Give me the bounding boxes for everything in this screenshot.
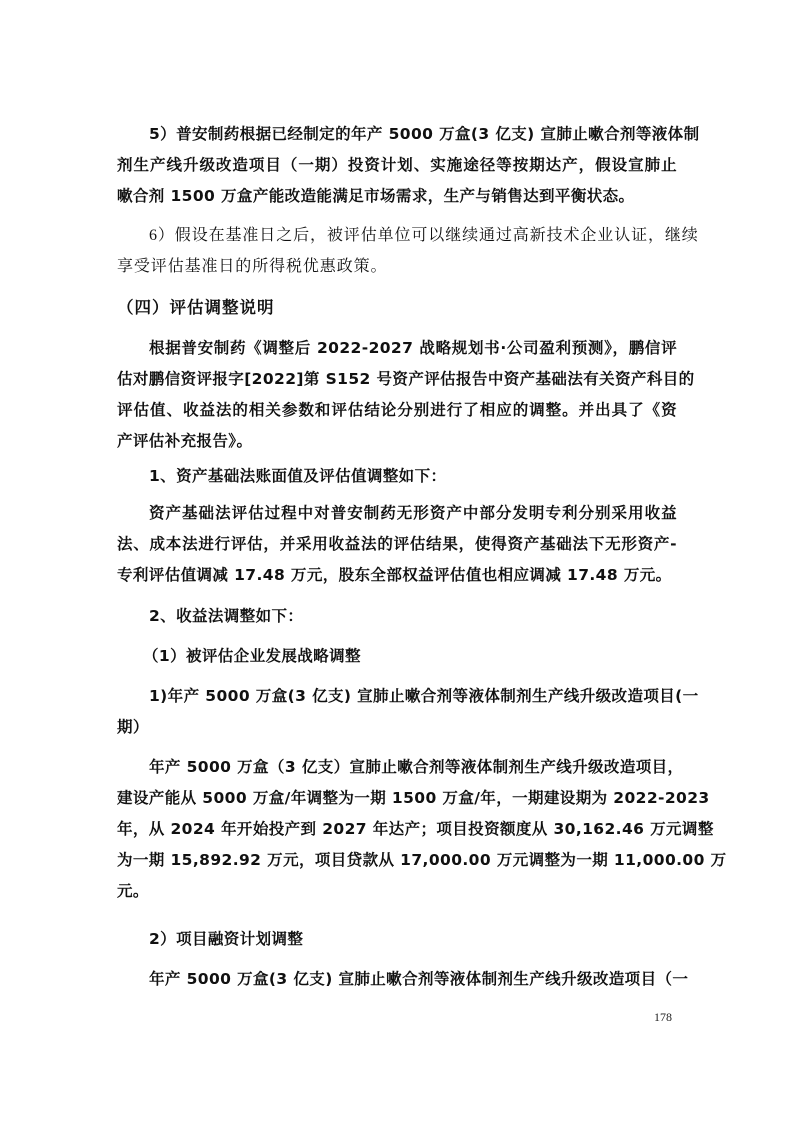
item-1-body-line-1: 年产 5000 万盒（3 亿支）宣肺止嗽合剂等液体制剂生产线升级改造项目， [149,757,677,777]
item-1-body-line-3: 年，从 2024 年开始投产到 2027 年达产；项目投资额度从 30,162.… [117,819,677,839]
intro-line-2: 估对鹏信资评报字[2022]第 S152 号资产评估报告中资产基础法有关资产科目… [117,369,677,389]
page-number: 178 [654,1010,672,1025]
assumption-5-line-3: 嗽合剂 1500 万盒产能改造能满足市场需求，生产与销售达到平衡状态。 [117,186,677,206]
document-page: 5）普安制药根据已经制定的年产 5000 万盒(3 亿支) 宣肺止嗽合剂等液体制… [0,0,793,1122]
subsection-1-line-1: 资产基础法评估过程中对普安制药无形资产中部分发明专利分别采用收益 [149,503,677,523]
subsection-1-title: 1、资产基础法账面值及评估值调整如下： [149,466,709,486]
subsection-2-title: 2、收益法调整如下： [149,606,709,626]
assumption-6-line-1: 6）假设在基准日之后，被评估单位可以继续通过高新技术企业认证，继续 [149,226,677,246]
subsection-2-1-title: （1）被评估企业发展战略调整 [143,646,703,666]
assumption-5-line-1: 5）普安制药根据已经制定的年产 5000 万盒(3 亿支) 宣肺止嗽合剂等液体制 [149,124,677,144]
intro-line-3: 评估值、收益法的相关参数和评估结论分别进行了相应的调整。并出具了《资 [117,400,677,420]
intro-line-1: 根据普安制药《调整后 2022-2027 战略规划书·公司盈利预测》，鹏信评 [149,338,677,358]
section-heading: （四）评估调整说明 [117,298,677,318]
assumption-6-line-2: 享受评估基准日的所得税优惠政策。 [117,257,677,277]
item-1-body-line-4: 为一期 15,892.92 万元，项目贷款从 17,000.00 万元调整为一期… [117,850,677,870]
subsection-1-line-2: 法、成本法进行评估，并采用收益法的评估结果，使得资产基础法下无形资产- [117,534,677,554]
item-2-title: 2）项目融资计划调整 [149,929,709,949]
item-1-body-line-5: 元。 [117,881,677,901]
subsection-1-line-3: 专利评估值调减 17.48 万元，股东全部权益评估值也相应调减 17.48 万元… [117,565,677,585]
item-1-title-line-1: 1)年产 5000 万盒(3 亿支) 宣肺止嗽合剂等液体制剂生产线升级改造项目(… [149,686,677,706]
intro-line-4: 产评估补充报告》。 [117,431,677,451]
item-1-title-line-2: 期） [117,717,677,737]
item-1-body-line-2: 建设产能从 5000 万盒/年调整为一期 1500 万盒/年，一期建设期为 20… [117,788,677,808]
item-2-body-line-1: 年产 5000 万盒(3 亿支) 宣肺止嗽合剂等液体制剂生产线升级改造项目（一 [149,969,677,989]
assumption-5-line-2: 剂生产线升级改造项目（一期）投资计划、实施途径等按期达产，假设宣肺止 [117,155,677,175]
